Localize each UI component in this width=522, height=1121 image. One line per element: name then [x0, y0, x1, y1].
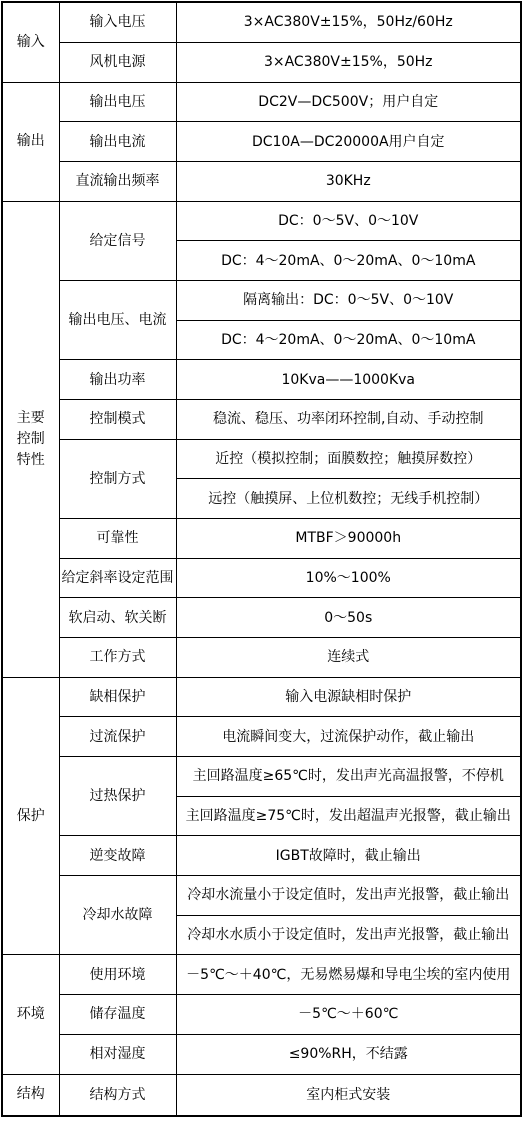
- param-cell: 输出功率: [59, 360, 176, 400]
- value-cell: 远控（触摸屏、上位机数控；无线手机控制）: [176, 479, 521, 519]
- param-cell: 相对湿度: [59, 1034, 176, 1074]
- table-row: 保护 缺相保护 输入电源缺相时保护: [2, 677, 521, 717]
- param-cell: 过流保护: [59, 717, 176, 757]
- category-cell-input: 输入: [2, 2, 59, 82]
- value-cell: ≤90%RH，不结露: [176, 1034, 521, 1074]
- table-row: 风机电源 3×AC380V±15%，50Hz: [2, 43, 521, 83]
- value-cell: DC10A—DC20000A用户自定: [176, 122, 521, 162]
- table-row: 结构 结构方式 室内柜式安装: [2, 1074, 521, 1116]
- table-row: 直流输出频率 30KHz: [2, 162, 521, 202]
- param-cell: 输出电流: [59, 122, 176, 162]
- param-cell: 控制模式: [59, 400, 176, 440]
- table-row: 工作方式 连续式: [2, 638, 521, 678]
- value-cell: 3×AC380V±15%，50Hz: [176, 43, 521, 83]
- value-cell: 3×AC380V±15%，50Hz/60Hz: [176, 2, 521, 43]
- table-row: 逆变故障 IGBT故障时，截止输出: [2, 836, 521, 876]
- param-cell: 控制方式: [59, 439, 176, 518]
- table-row: 输出功率 10Kva——1000Kva: [2, 360, 521, 400]
- value-cell: 室内柜式安装: [176, 1074, 521, 1116]
- table-row: 输出 输出电压 DC2V—DC500V；用户自定: [2, 82, 521, 122]
- category-label: 主要控制特性: [15, 408, 47, 471]
- value-cell: DC：4～20mA、0～20mA、0～10mA: [176, 320, 521, 360]
- param-cell: 缺相保护: [59, 677, 176, 717]
- param-cell: 冷却水故障: [59, 876, 176, 955]
- category-label: 环境: [15, 1004, 47, 1025]
- param-cell: 逆变故障: [59, 836, 176, 876]
- table-row: 环境 使用环境 －5℃～＋40℃，无易燃易爆和导电尘埃的室内使用: [2, 955, 521, 995]
- param-cell: 使用环境: [59, 955, 176, 995]
- table-row: 给定斜率设定范围 10%～100%: [2, 558, 521, 598]
- param-cell: 输出电压、电流: [59, 281, 176, 360]
- category-cell-structure: 结构: [2, 1074, 59, 1116]
- table-row: 储存温度 －5℃～＋60℃: [2, 995, 521, 1035]
- value-cell: 10%～100%: [176, 558, 521, 598]
- table-row: 输出电压、电流 隔离输出：DC：0～5V、0～10V: [2, 281, 521, 321]
- value-cell: 稳流、稳压、功率闭环控制,自动、手动控制: [176, 400, 521, 440]
- spec-table: 输入 输入电压 3×AC380V±15%，50Hz/60Hz 风机电源 3×AC…: [1, 1, 522, 1117]
- category-cell-protection: 保护: [2, 677, 59, 955]
- value-cell: －5℃～＋40℃，无易燃易爆和导电尘埃的室内使用: [176, 955, 521, 995]
- param-cell: 工作方式: [59, 638, 176, 678]
- param-cell: 直流输出频率: [59, 162, 176, 202]
- category-label: 输出: [15, 131, 47, 152]
- value-cell: 冷却水流量小于设定值时，发出声光报警，截止输出: [176, 876, 521, 916]
- param-cell: 储存温度: [59, 995, 176, 1035]
- table-row: 控制方式 近控（模拟控制；面膜数控；触摸屏数控）: [2, 439, 521, 479]
- table-row: 过热保护 主回路温度≥65℃时，发出声光高温报警，不停机: [2, 757, 521, 797]
- param-cell: 输出电压: [59, 82, 176, 122]
- table-row: 输出电流 DC10A—DC20000A用户自定: [2, 122, 521, 162]
- table-row: 主要控制特性 给定信号 DC：0～5V、0～10V: [2, 201, 521, 241]
- value-cell: MTBF＞90000h: [176, 519, 521, 559]
- value-cell: DC：4～20mA、0～20mA、0～10mA: [176, 241, 521, 281]
- table-row: 冷却水故障 冷却水流量小于设定值时，发出声光报警，截止输出: [2, 876, 521, 916]
- value-cell: 电流瞬间变大，过流保护动作，截止输出: [176, 717, 521, 757]
- value-cell: DC：0～5V、0～10V: [176, 201, 521, 241]
- value-cell: 0～50s: [176, 598, 521, 638]
- value-cell: 30KHz: [176, 162, 521, 202]
- category-cell-output: 输出: [2, 82, 59, 201]
- value-cell: 输入电源缺相时保护: [176, 677, 521, 717]
- value-cell: 冷却水水质小于设定值时，发出声光报警，截止输出: [176, 915, 521, 955]
- param-cell: 输入电压: [59, 2, 176, 43]
- param-cell: 给定信号: [59, 201, 176, 280]
- value-cell: 隔离输出：DC：0～5V、0～10V: [176, 281, 521, 321]
- category-cell-environment: 环境: [2, 955, 59, 1074]
- param-cell: 过热保护: [59, 757, 176, 836]
- table-row: 相对湿度 ≤90%RH，不结露: [2, 1034, 521, 1074]
- table-row: 控制模式 稳流、稳压、功率闭环控制,自动、手动控制: [2, 400, 521, 440]
- param-cell: 给定斜率设定范围: [59, 558, 176, 598]
- category-label: 结构: [15, 1084, 47, 1105]
- value-cell: 主回路温度≥65℃时，发出声光高温报警，不停机: [176, 757, 521, 797]
- param-cell: 结构方式: [59, 1074, 176, 1116]
- value-cell: －5℃～＋60℃: [176, 995, 521, 1035]
- value-cell: 近控（模拟控制；面膜数控；触摸屏数控）: [176, 439, 521, 479]
- value-cell: DC2V—DC500V；用户自定: [176, 82, 521, 122]
- value-cell: 主回路温度≥75℃时，发出超温声光报警，截止输出: [176, 796, 521, 836]
- category-label: 保护: [15, 806, 47, 827]
- table-row: 可靠性 MTBF＞90000h: [2, 519, 521, 559]
- value-cell: 连续式: [176, 638, 521, 678]
- category-cell-main-control: 主要控制特性: [2, 201, 59, 677]
- category-label: 输入: [15, 32, 47, 53]
- param-cell: 可靠性: [59, 519, 176, 559]
- value-cell: IGBT故障时，截止输出: [176, 836, 521, 876]
- table-row: 软启动、软关断 0～50s: [2, 598, 521, 638]
- param-cell: 软启动、软关断: [59, 598, 176, 638]
- param-cell: 风机电源: [59, 43, 176, 83]
- value-cell: 10Kva——1000Kva: [176, 360, 521, 400]
- table-row: 输入 输入电压 3×AC380V±15%，50Hz/60Hz: [2, 2, 521, 43]
- table-row: 过流保护 电流瞬间变大，过流保护动作，截止输出: [2, 717, 521, 757]
